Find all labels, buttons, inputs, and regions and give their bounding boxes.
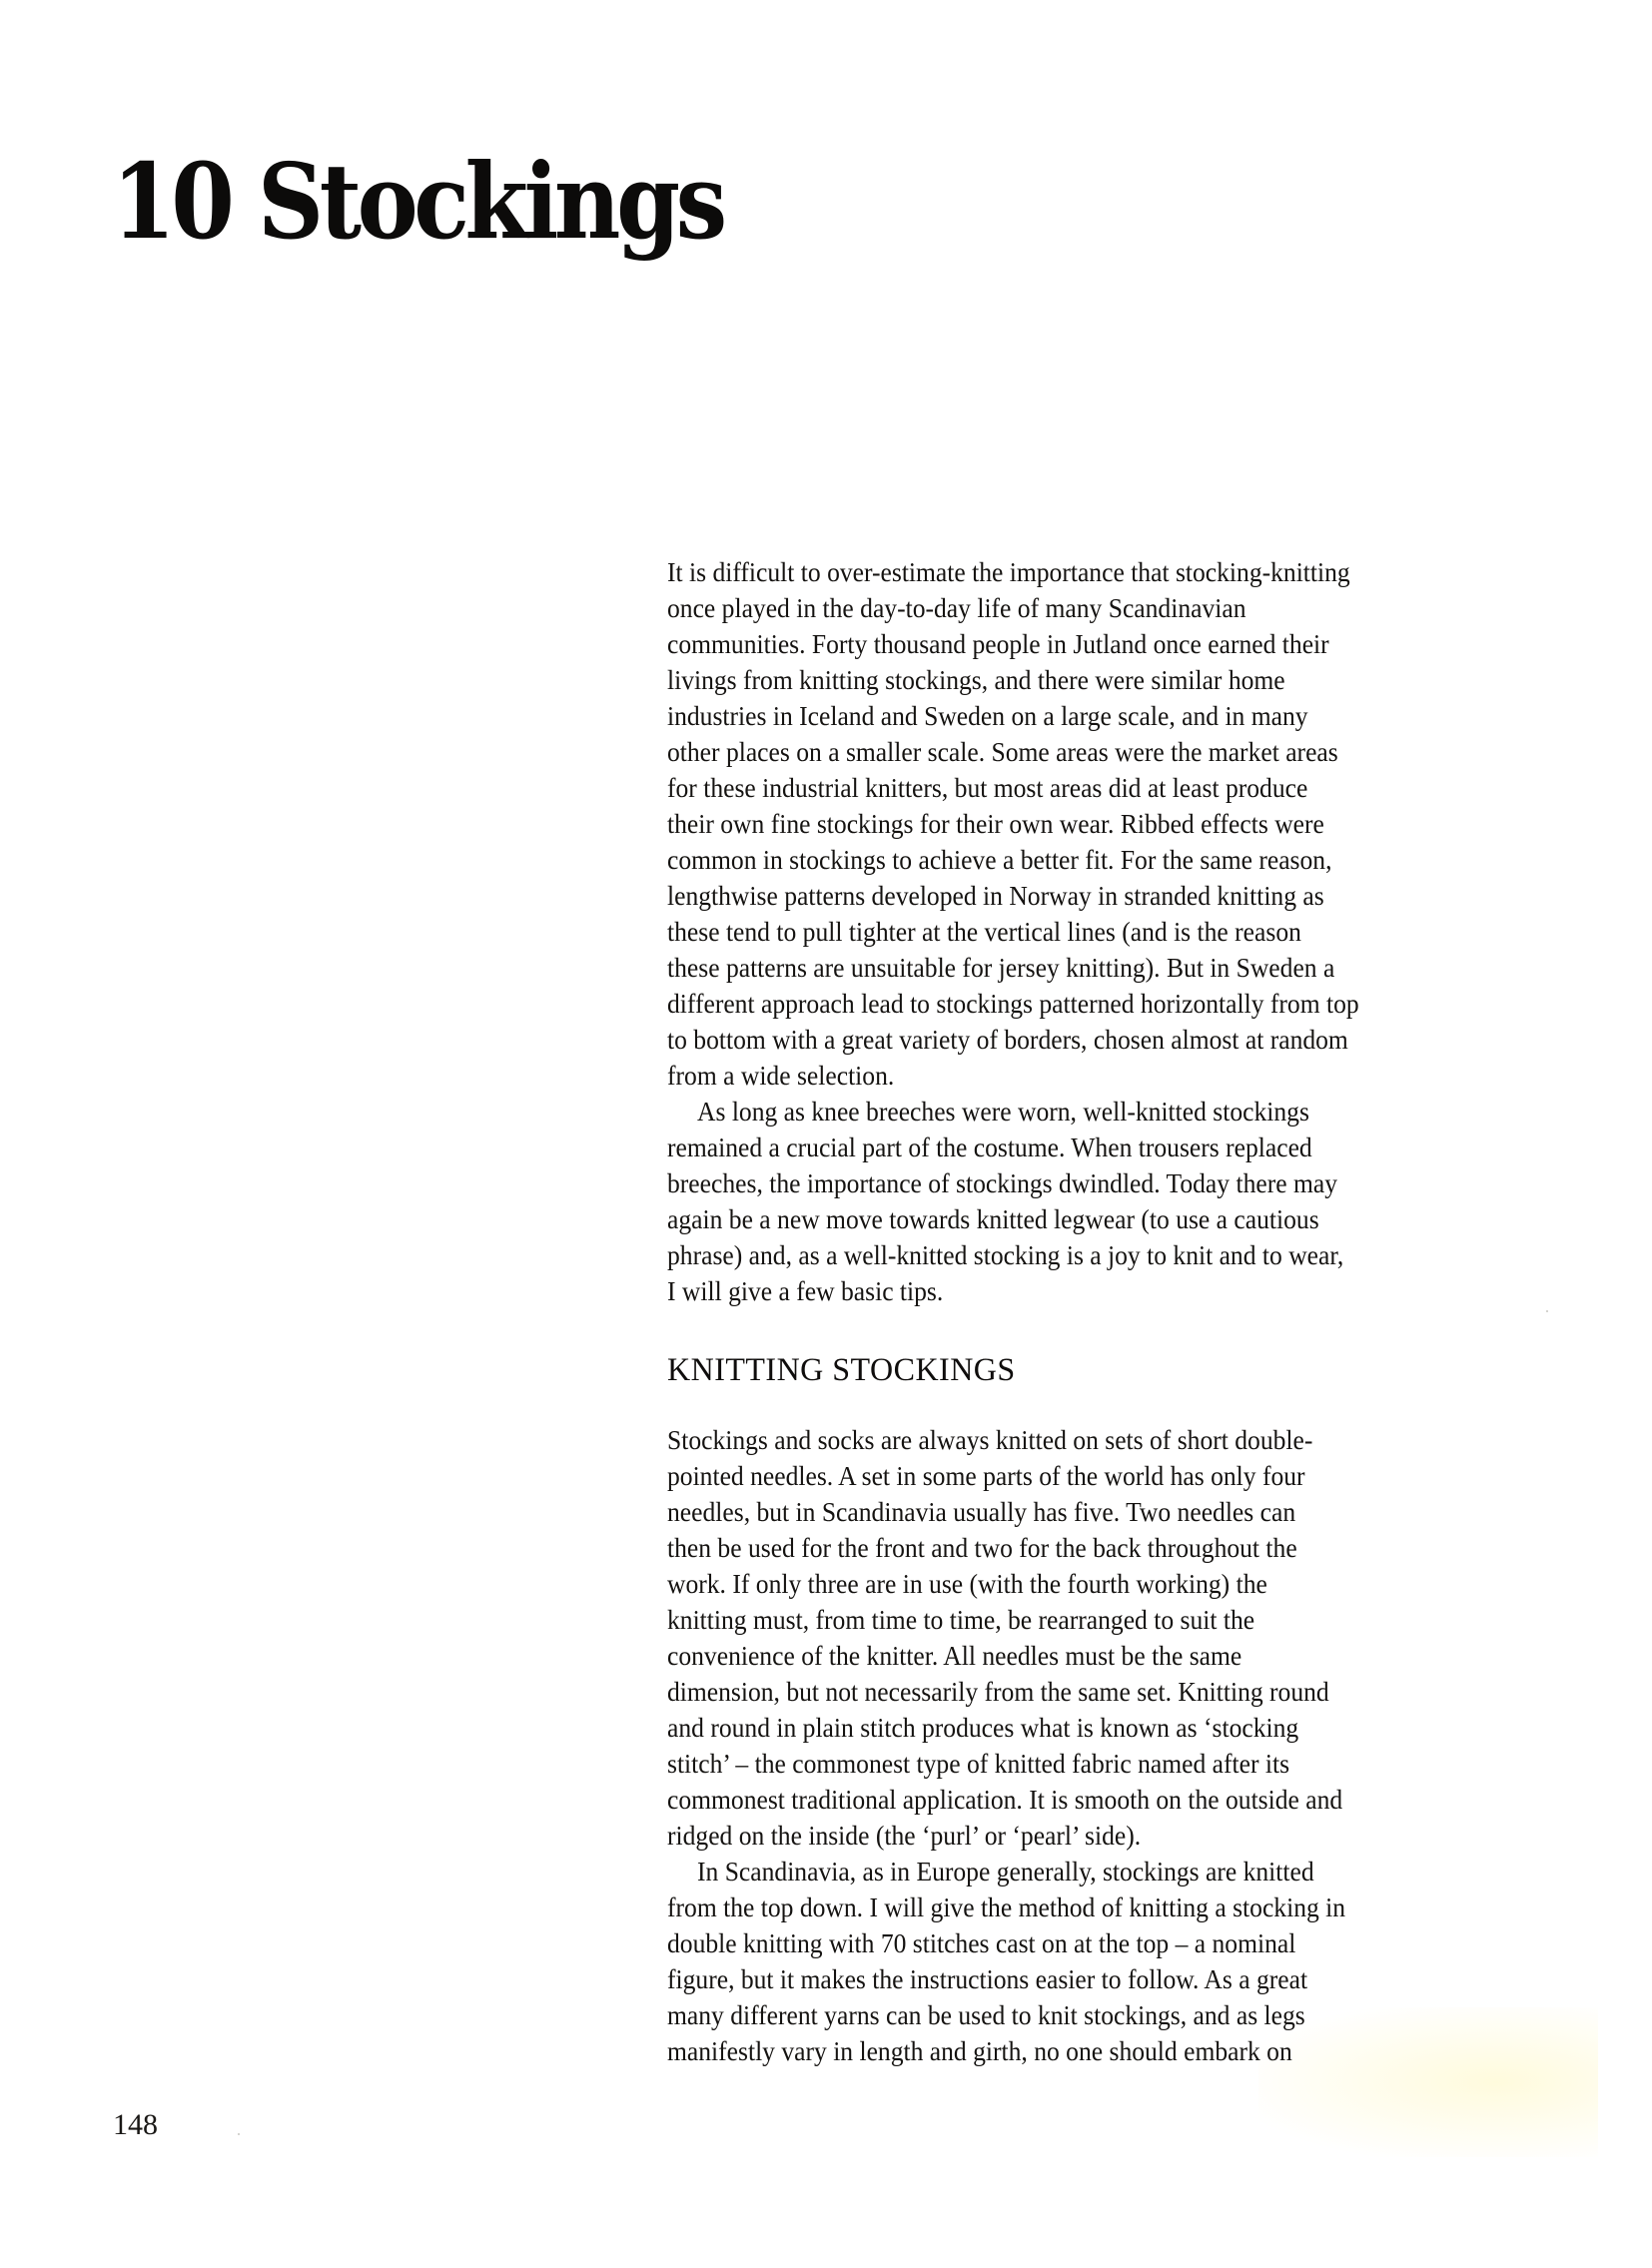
text-line: and round in plain stitch produces what … xyxy=(667,1710,1298,1746)
text-line: phrase) and, as a well-knitted stocking … xyxy=(667,1237,1343,1273)
text-line: then be used for the front and two for t… xyxy=(667,1530,1297,1566)
section-heading: KNITTING STOCKINGS xyxy=(667,1350,1016,1390)
text-line: remained a crucial part of the costume. … xyxy=(667,1130,1312,1165)
text-line: other places on a smaller scale. Some ar… xyxy=(667,734,1338,770)
text-line: convenience of the knitter. All needles … xyxy=(667,1638,1241,1674)
text-line: industries in Iceland and Sweden on a la… xyxy=(667,698,1308,734)
text-line: their own fine stockings for their own w… xyxy=(667,806,1324,842)
text-line: from a wide selection. xyxy=(667,1058,894,1094)
chapter-title: 10 Stockings xyxy=(112,150,723,254)
text-line: work. If only three are in use (with the… xyxy=(667,1566,1267,1602)
text-line: knitting must, from time to time, be rea… xyxy=(667,1602,1254,1638)
text-line: communities. Forty thousand people in Ju… xyxy=(667,626,1329,662)
text-line: Stockings and socks are always knitted o… xyxy=(667,1422,1312,1458)
text-line: many different yarns can be used to knit… xyxy=(667,1997,1305,2033)
text-line: lengthwise patterns developed in Norway … xyxy=(667,878,1324,914)
text-line: I will give a few basic tips. xyxy=(667,1273,943,1309)
text-line: from the top down. I will give the metho… xyxy=(667,1890,1345,1925)
text-line: ridged on the inside (the ‘purl’ or ‘pea… xyxy=(667,1818,1141,1854)
scan-speck xyxy=(238,2133,240,2135)
text-line: breeches, the importance of stockings dw… xyxy=(667,1165,1337,1201)
text-line: commonest traditional application. It is… xyxy=(667,1782,1342,1818)
text-line: common in stockings to achieve a better … xyxy=(667,842,1331,878)
page-number: 148 xyxy=(113,2107,158,2143)
text-line: livings from knitting stockings, and the… xyxy=(667,662,1285,698)
text-line: It is difficult to over-estimate the imp… xyxy=(667,554,1350,590)
scan-speck xyxy=(1546,1310,1548,1312)
text-line: to bottom with a great variety of border… xyxy=(667,1022,1348,1058)
text-line: different approach lead to stockings pat… xyxy=(667,986,1359,1022)
text-line: once played in the day-to-day life of ma… xyxy=(667,590,1246,626)
text-line: for these industrial knitters, but most … xyxy=(667,770,1307,806)
text-line: needles, but in Scandinavia usually has … xyxy=(667,1494,1295,1530)
text-line: In Scandinavia, as in Europe generally, … xyxy=(697,1854,1314,1890)
text-line: stitch’ – the commonest type of knitted … xyxy=(667,1746,1289,1782)
text-line: these tend to pull tighter at the vertic… xyxy=(667,914,1301,950)
text-line: double knitting with 70 stitches cast on… xyxy=(667,1925,1295,1961)
text-line: again be a new move towards knitted legw… xyxy=(667,1201,1319,1237)
text-line: As long as knee breeches were worn, well… xyxy=(697,1094,1309,1130)
text-line: pointed needles. A set in some parts of … xyxy=(667,1458,1305,1494)
text-line: manifestly vary in length and girth, no … xyxy=(667,2033,1292,2069)
paper-stain xyxy=(1258,2007,1598,2157)
book-page: 10 Stockings It is difficult to over-est… xyxy=(0,0,1652,2268)
text-line: these patterns are unsuitable for jersey… xyxy=(667,950,1334,986)
text-line: figure, but it makes the instructions ea… xyxy=(667,1961,1307,1997)
text-line: dimension, but not necessarily from the … xyxy=(667,1674,1329,1710)
